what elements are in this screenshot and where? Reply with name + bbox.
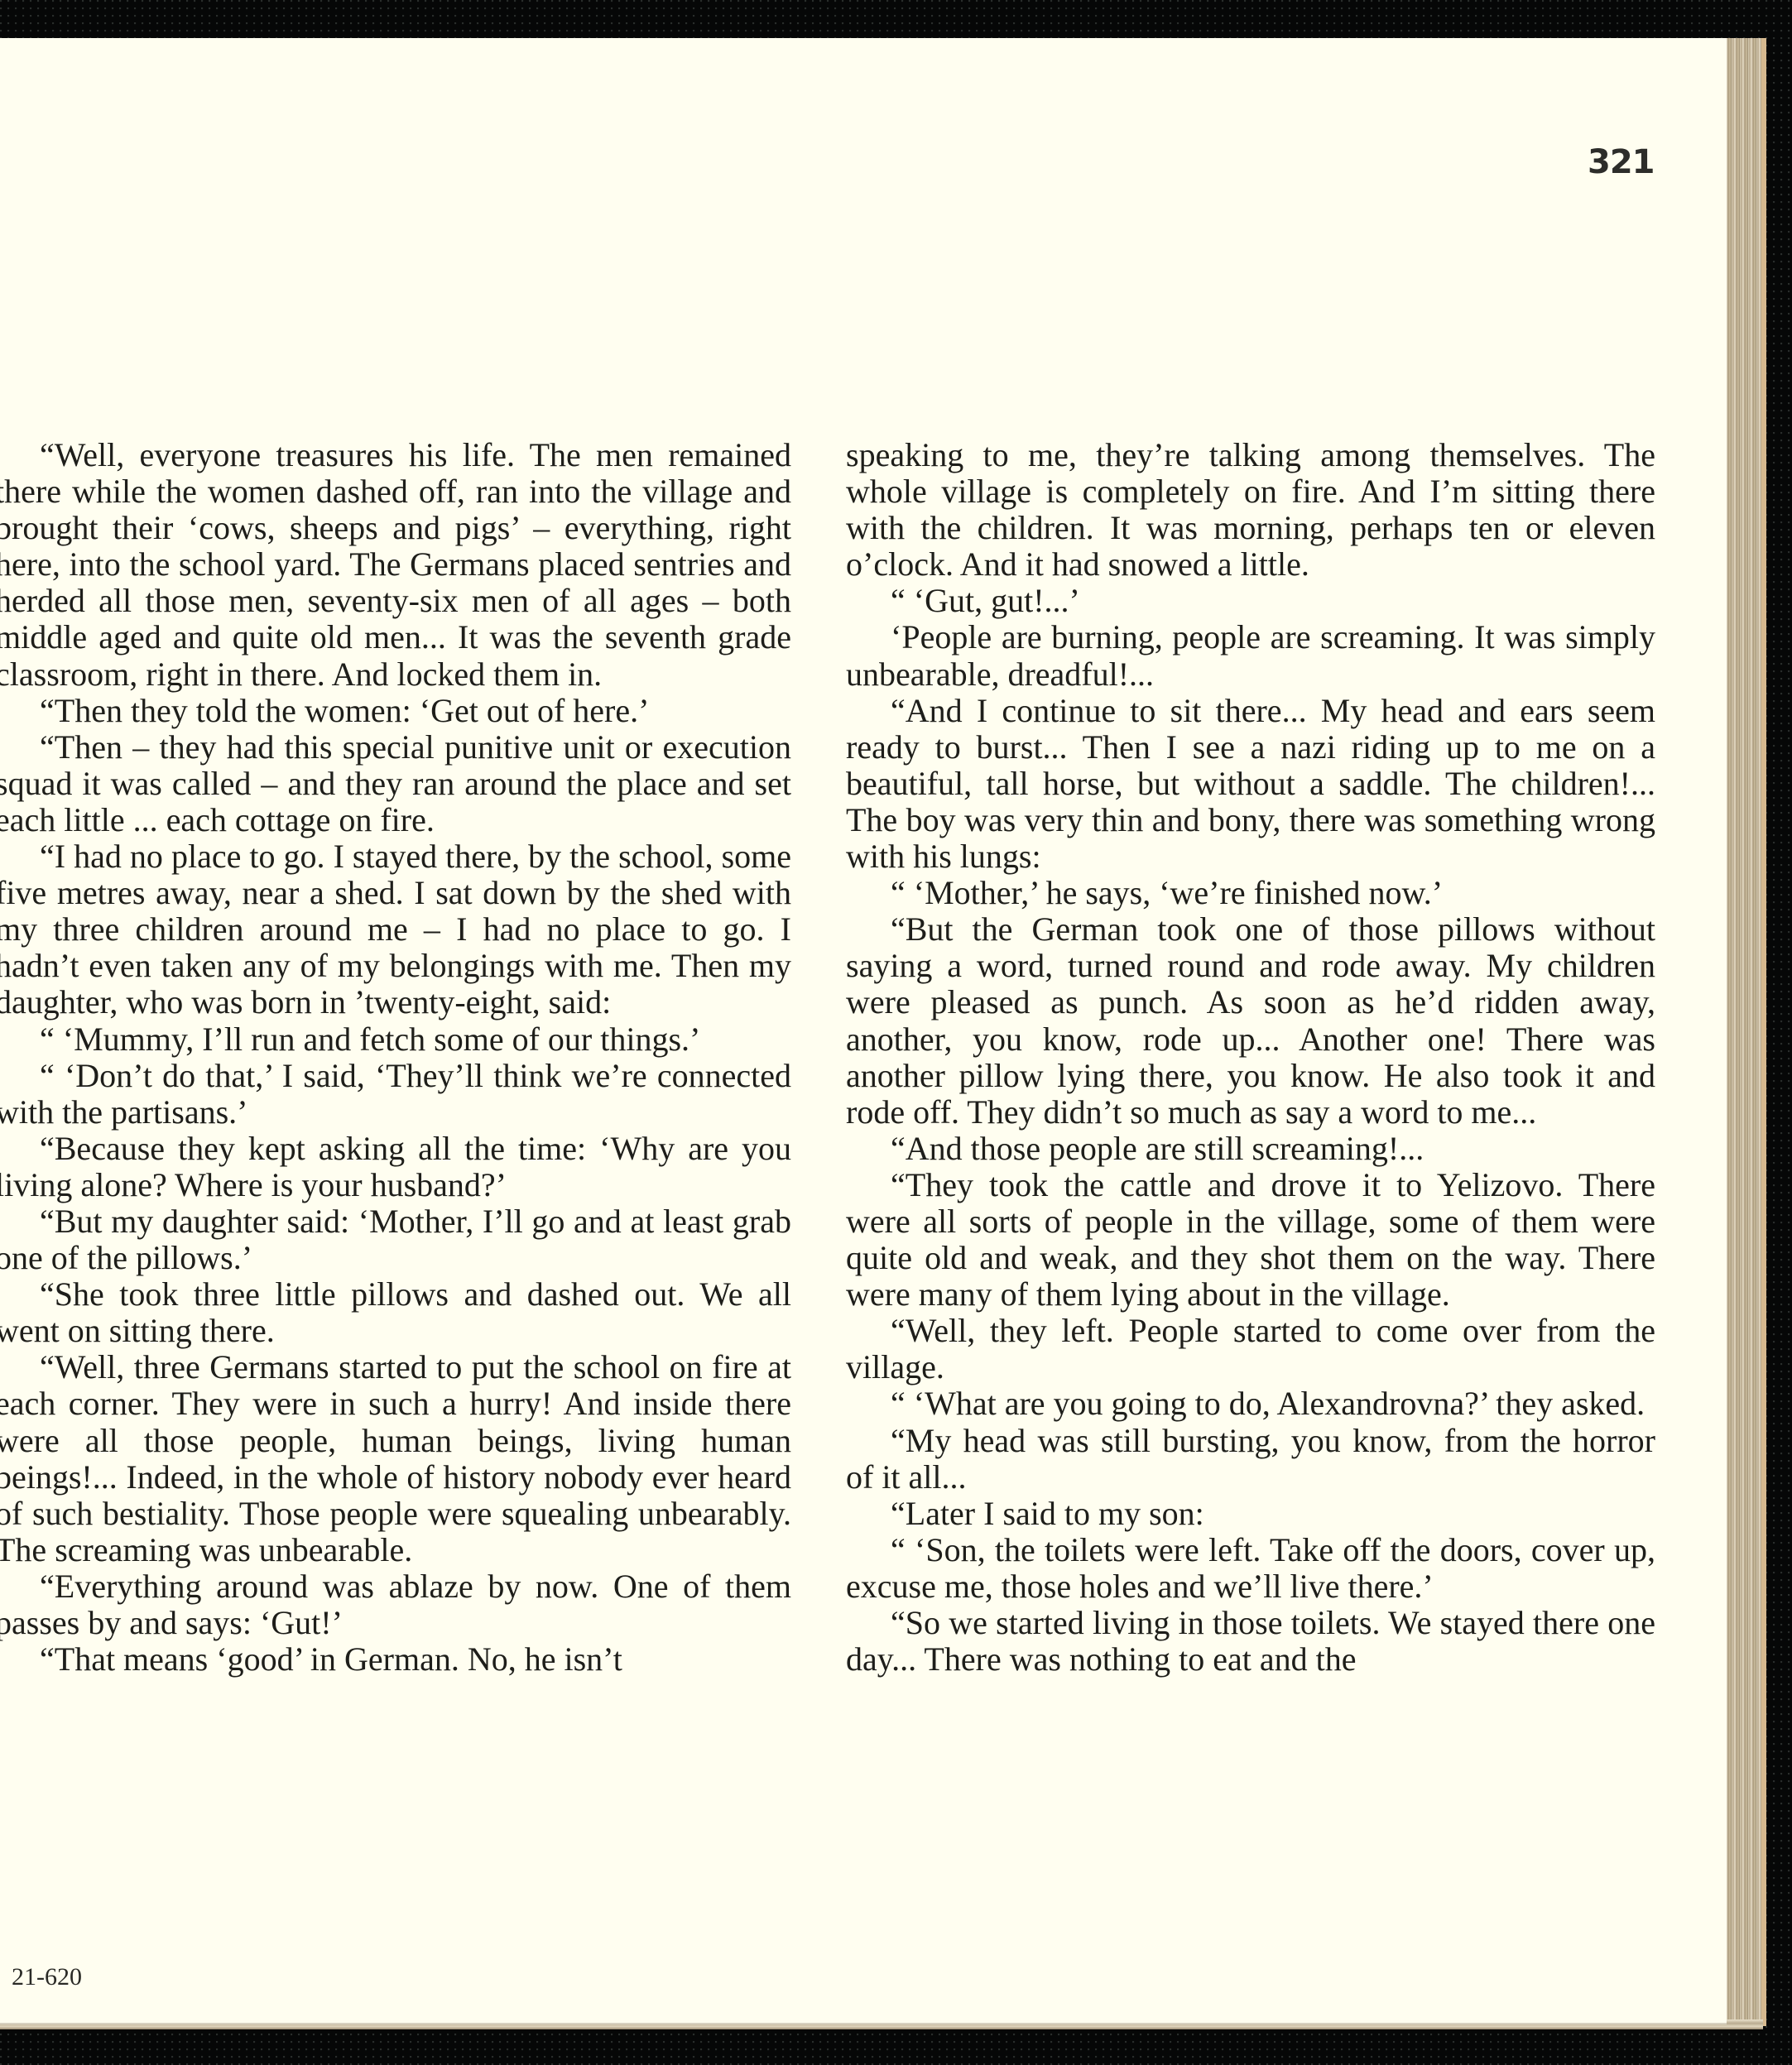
paragraph: “ ‘Gut, gut!...’ bbox=[846, 583, 1655, 619]
paragraph: “And I continue to sit there... My head … bbox=[846, 693, 1655, 875]
paragraph: “But my daughter said: ‘Mother, I’ll go … bbox=[0, 1203, 791, 1276]
paragraph: “She took three little pillows and dashe… bbox=[0, 1276, 791, 1349]
paragraph: ‘People are burning, people are screamin… bbox=[846, 619, 1655, 692]
paragraph: “Because they kept asking all the time: … bbox=[0, 1131, 791, 1203]
continued-paragraph: speaking to me, they’re talking among th… bbox=[846, 437, 1655, 583]
paragraph: “My head was still bursting, you know, f… bbox=[846, 1423, 1655, 1496]
paragraph: “Well, three Germans started to put the … bbox=[0, 1349, 791, 1568]
paragraph: “ ‘Don’t do that,’ I said, ‘They’ll thin… bbox=[0, 1058, 791, 1131]
paragraph: “Then – they had this special punitive u… bbox=[0, 729, 791, 838]
paragraph: “I had no place to go. I stayed there, b… bbox=[0, 838, 791, 1020]
paragraph: “They took the cattle and drove it to Ye… bbox=[846, 1167, 1655, 1313]
right-text-column: speaking to me, they’re talking among th… bbox=[846, 437, 1655, 1678]
paragraph: “Well, everyone treasures his life. The … bbox=[0, 437, 791, 693]
paragraph: “Well, they left. People started to come… bbox=[846, 1313, 1655, 1385]
paragraph: “But the German took one of those pillow… bbox=[846, 911, 1655, 1131]
page-number: 321 bbox=[1588, 143, 1655, 181]
paragraph: “And those people are still screaming!..… bbox=[846, 1131, 1655, 1167]
paragraph: “ ‘Mummy, I’ll run and fetch some of our… bbox=[0, 1021, 791, 1058]
paragraph: “ ‘Mother,’ he says, ‘we’re finished now… bbox=[846, 875, 1655, 911]
paragraph: “Everything around was ablaze by now. On… bbox=[0, 1568, 791, 1641]
paragraph: “ ‘What are you going to do, Alexandrovn… bbox=[846, 1385, 1655, 1422]
left-text-column: “Well, everyone treasures his life. The … bbox=[0, 437, 791, 1678]
paragraph: “So we started living in those toilets. … bbox=[846, 1605, 1655, 1678]
paragraph: “ ‘Son, the toilets were left. Take off … bbox=[846, 1532, 1655, 1605]
printer-signature-mark: 21-620 bbox=[12, 1963, 82, 1991]
page-stack-edge bbox=[1723, 38, 1766, 2026]
paragraph: “That means ‘good’ in German. No, he isn… bbox=[0, 1641, 791, 1678]
paragraph: “Then they told the women: ‘Get out of h… bbox=[0, 693, 791, 729]
paragraph: “Later I said to my son: bbox=[846, 1496, 1655, 1532]
